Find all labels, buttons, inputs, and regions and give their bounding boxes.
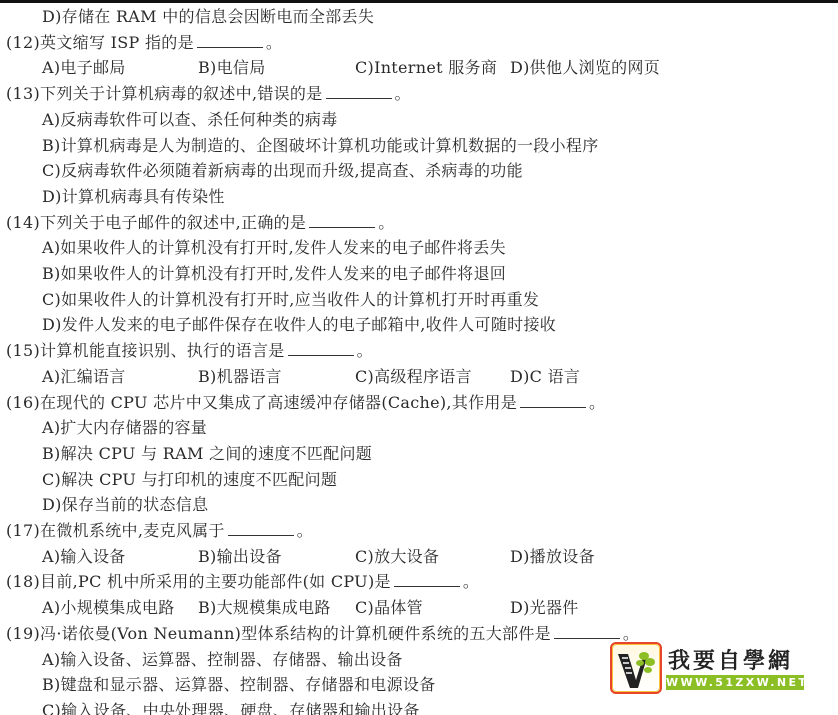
answer-option: C)解决 CPU 与打印机的速度不匹配问题	[42, 470, 337, 490]
answer-option: B)如果收件人的计算机没有打开时,发件人发来的电子邮件将退回	[42, 264, 506, 284]
question-stem: (13)下列关于计算机病毒的叙述中,错误的是。	[6, 84, 411, 104]
question-stem: (16)在现代的 CPU 芯片中又集成了高速缓冲存储器(Cache),其作用是。	[6, 393, 605, 413]
answer-option: C)反病毒软件必须随着新病毒的出现而升级,提高查、杀病毒的功能	[42, 161, 523, 181]
question-text: 在现代的 CPU 芯片中又集成了高速缓冲存储器(Cache),其作用是	[40, 393, 517, 412]
question-number: (16)	[6, 393, 40, 412]
answer-option: B)电信局	[198, 58, 266, 78]
watermark-logo: 我要自學網 WWW.51ZXW.NET	[610, 642, 806, 694]
answer-option: A)扩大内存储器的容量	[42, 418, 207, 438]
options-row: A)汇编语言B)机器语言C)高级程序语言D)C 语言	[0, 367, 838, 387]
question-end-mark: 。	[357, 341, 373, 360]
answer-option: C)输入设备、中央处理器、硬盘、存储器和输出设备	[42, 701, 420, 715]
answer-option: B)机器语言	[198, 367, 282, 387]
watermark-url: WWW.51ZXW.NET	[666, 675, 804, 690]
answer-option: C)如果收件人的计算机没有打开时,应当收件人的计算机打开时再重发	[42, 290, 539, 310]
question-end-mark: 。	[589, 393, 605, 412]
question-text: 在微机系统中,麦克风属于	[40, 521, 225, 540]
answer-option: D)保存当前的状态信息	[42, 495, 208, 515]
answer-blank	[197, 33, 263, 48]
answer-blank	[326, 84, 392, 99]
answer-option: A)小规模集成电路	[42, 598, 175, 618]
answer-option: C)放大设备	[355, 547, 439, 567]
answer-option: D)C 语言	[510, 367, 580, 387]
question-number: (17)	[6, 521, 40, 540]
question-stem: (18)目前,PC 机中所采用的主要功能部件(如 CPU)是。	[6, 572, 479, 592]
top-edge-bar	[0, 0, 838, 3]
question-stem: (15)计算机能直接识别、执行的语言是。	[6, 341, 373, 361]
question-number: (13)	[6, 84, 40, 103]
question-text: 计算机能直接识别、执行的语言是	[40, 341, 285, 360]
answer-blank	[394, 572, 460, 587]
answer-option: C)Internet 服务商	[355, 58, 497, 78]
answer-option: A)汇编语言	[42, 367, 126, 387]
question-end-mark: 。	[378, 213, 394, 232]
question-end-mark: 。	[463, 572, 479, 591]
question-end-mark: 。	[395, 84, 411, 103]
answer-option: B)计算机病毒是人为制造的、企图破坏计算机功能或计算机数据的一段小程序	[42, 136, 599, 156]
question-end-mark: 。	[297, 521, 313, 540]
question-number: (14)	[6, 213, 40, 232]
answer-option: D)供他人浏览的网页	[510, 58, 660, 78]
options-row: A)输入设备B)输出设备C)放大设备D)播放设备	[0, 547, 838, 567]
answer-blank	[288, 341, 354, 356]
question-number: (18)	[6, 572, 40, 591]
answer-option: A)电子邮局	[42, 58, 126, 78]
options-row: A)小规模集成电路B)大规模集成电路C)晶体管D)光器件	[0, 598, 838, 618]
answer-option: B)输出设备	[198, 547, 282, 567]
answer-option: A)输入设备	[42, 547, 126, 567]
question-text: 冯·诺依曼(Von Neumann)型体系结构的计算机硬件系统的五大部件是	[40, 624, 551, 643]
answer-option: C)晶体管	[355, 598, 423, 618]
question-stem: (17)在微机系统中,麦克风属于。	[6, 521, 313, 541]
answer-option: D)光器件	[510, 598, 579, 618]
answer-option: A)输入设备、运算器、控制器、存储器、输出设备	[42, 650, 403, 670]
question-end-mark: 。	[266, 33, 282, 52]
question-end-mark: 。	[623, 624, 639, 643]
answer-blank	[554, 624, 620, 639]
answer-option: D)播放设备	[510, 547, 595, 567]
answer-option: B)键盘和显示器、运算器、控制器、存储器和电源设备	[42, 675, 436, 695]
watermark-title: 我要自學網	[668, 644, 793, 675]
answer-blank	[520, 393, 586, 408]
question-text: 下列关于电子邮件的叙述中,正确的是	[40, 213, 306, 232]
answer-option: D)存储在 RAM 中的信息会因断电而全部丢失	[42, 7, 374, 27]
answer-option: C)高级程序语言	[355, 367, 472, 387]
question-number: (12)	[6, 33, 40, 52]
answer-option: D)计算机病毒具有传染性	[42, 187, 225, 207]
answer-option: D)发件人发来的电子邮件保存在收件人的电子邮箱中,收件人可随时接收	[42, 315, 556, 335]
v-leaf-logo-icon	[610, 642, 662, 694]
question-stem: (19)冯·诺依曼(Von Neumann)型体系结构的计算机硬件系统的五大部件…	[6, 624, 639, 644]
answer-blank	[228, 521, 294, 536]
question-text: 英文缩写 ISP 指的是	[40, 33, 194, 52]
question-stem: (14)下列关于电子邮件的叙述中,正确的是。	[6, 213, 395, 233]
question-number: (15)	[6, 341, 40, 360]
question-text: 下列关于计算机病毒的叙述中,错误的是	[40, 84, 323, 103]
answer-option: B)解决 CPU 与 RAM 之间的速度不匹配问题	[42, 444, 372, 464]
question-stem: (12)英文缩写 ISP 指的是。	[6, 33, 282, 53]
options-row: A)电子邮局B)电信局C)Internet 服务商D)供他人浏览的网页	[0, 58, 838, 78]
answer-option: B)大规模集成电路	[198, 598, 331, 618]
answer-option: A)反病毒软件可以查、杀任何种类的病毒	[42, 110, 338, 130]
question-number: (19)	[6, 624, 40, 643]
answer-blank	[309, 213, 375, 228]
question-text: 目前,PC 机中所采用的主要功能部件(如 CPU)是	[40, 572, 391, 591]
answer-option: A)如果收件人的计算机没有打开时,发件人发来的电子邮件将丢失	[42, 238, 506, 258]
